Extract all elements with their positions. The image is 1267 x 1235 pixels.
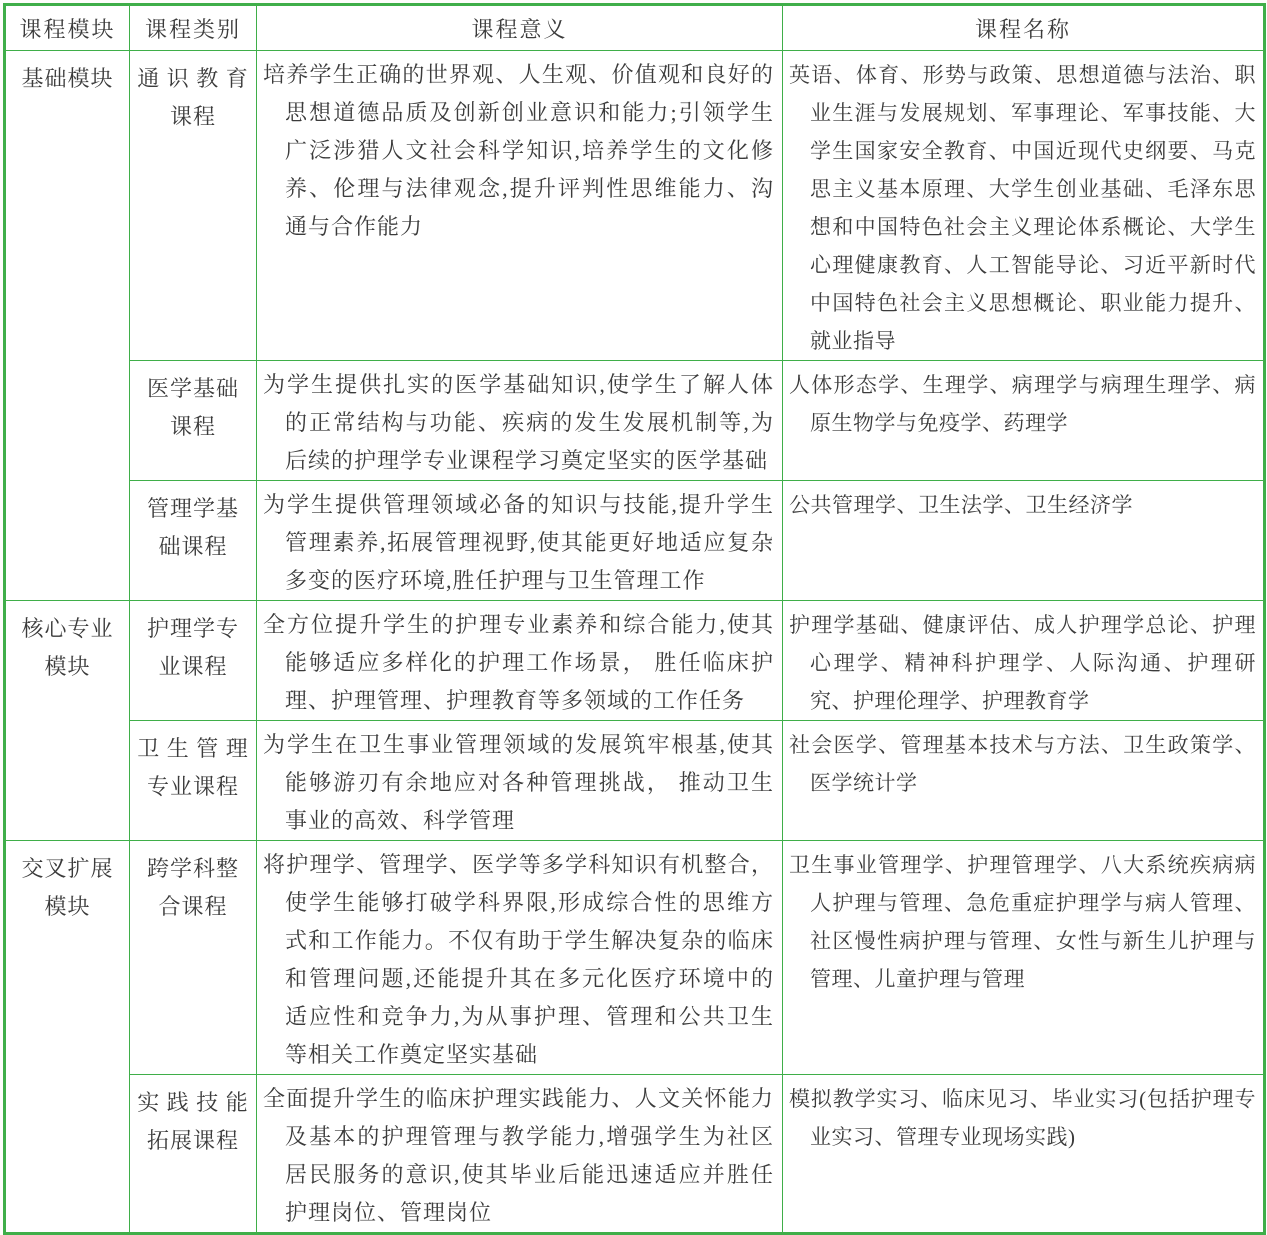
meaning-cell: 将护理学、管理学、医学等多学科知识有机整合，使学生能够打破学科界限,形成综合性的… xyxy=(257,841,783,1075)
category-name-line: 业课程 xyxy=(130,648,256,686)
module-cell-basic: 基础模块 xyxy=(5,51,130,601)
table-row: 交叉扩展 模块 跨学科整 合课程 将护理学、管理学、医学等多学科知识有机整合，使… xyxy=(5,841,1265,1075)
category-cell: 医学基础 课程 xyxy=(130,361,257,481)
category-cell: 管理学基 础课程 xyxy=(130,481,257,601)
names-text: 人体形态学、生理学、病理学与病理生理学、病原生物学与免疫学、药理学 xyxy=(783,361,1263,442)
table-row: 基础模块 通 识 教 育 课程 培养学生正确的世界观、人生观、价值观和良好的思想… xyxy=(5,51,1265,361)
meaning-cell: 为学生在卫生事业管理领域的发展筑牢根基,使其能够游刃有余地应对各种管理挑战， 推… xyxy=(257,721,783,841)
meaning-cell: 培养学生正确的世界观、人生观、价值观和良好的思想道德品质及创新创业意识和能力;引… xyxy=(257,51,783,361)
category-name-line: 卫 生 管 理 xyxy=(130,730,256,768)
meaning-text: 为学生提供管理领域必备的知识与技能,提升学生管理素养,拓展管理视野,使其能更好地… xyxy=(257,481,782,600)
module-name-line: 交叉扩展 xyxy=(6,850,129,888)
column-header-names: 课程名称 xyxy=(783,5,1265,51)
module-cell-cross: 交叉扩展 模块 xyxy=(5,841,130,1234)
category-cell: 卫 生 管 理 专业课程 xyxy=(130,721,257,841)
category-name-line: 合课程 xyxy=(130,888,256,926)
meaning-cell: 为学生提供扎实的医学基础知识,使学生了解人体的正常结构与功能、疾病的发生发展机制… xyxy=(257,361,783,481)
names-cell: 社会医学、管理基本技术与方法、卫生政策学、医学统计学 xyxy=(783,721,1265,841)
category-name-line: 护理学专 xyxy=(130,610,256,648)
names-text: 模拟教学实习、临床见习、毕业实习(包括护理专业实习、管理专业现场实践) xyxy=(783,1075,1263,1156)
module-name-line: 模块 xyxy=(6,648,129,686)
category-cell: 通 识 教 育 课程 xyxy=(130,51,257,361)
category-name-line: 拓展课程 xyxy=(130,1122,256,1160)
names-text: 公共管理学、卫生法学、卫生经济学 xyxy=(783,481,1263,524)
module-cell-core: 核心专业 模块 xyxy=(5,601,130,841)
module-name-line: 核心专业 xyxy=(6,610,129,648)
module-name-line: 模块 xyxy=(6,888,129,926)
scanned-page: 课程模块 课程类别 课程意义 课程名称 基础模块 通 识 教 育 课程 xyxy=(0,0,1267,1170)
category-cell: 实 践 技 能 拓展课程 xyxy=(130,1075,257,1234)
names-text: 社会医学、管理基本技术与方法、卫生政策学、医学统计学 xyxy=(783,721,1263,802)
category-name-line: 通 识 教 育 xyxy=(130,60,256,98)
column-header-meaning: 课程意义 xyxy=(257,5,783,51)
category-name-line: 医学基础 xyxy=(130,370,256,408)
names-text: 卫生事业管理学、护理管理学、八大系统疾病病人护理与管理、急危重症护理学与病人管理… xyxy=(783,841,1263,998)
category-name-line: 课程 xyxy=(130,408,256,446)
table-row: 医学基础 课程 为学生提供扎实的医学基础知识,使学生了解人体的正常结构与功能、疾… xyxy=(5,361,1265,481)
category-name-line: 跨学科整 xyxy=(130,850,256,888)
category-name-line: 管理学基 xyxy=(130,490,256,528)
meaning-text: 培养学生正确的世界观、人生观、价值观和良好的思想道德品质及创新创业意识和能力;引… xyxy=(257,51,782,246)
category-cell: 护理学专 业课程 xyxy=(130,601,257,721)
meaning-text: 为学生提供扎实的医学基础知识,使学生了解人体的正常结构与功能、疾病的发生发展机制… xyxy=(257,361,782,480)
category-name-line: 专业课程 xyxy=(130,768,256,806)
meaning-text: 全面提升学生的临床护理实践能力、人文关怀能力及基本的护理管理与教学能力,增强学生… xyxy=(257,1075,782,1232)
module-name: 基础模块 xyxy=(6,60,129,98)
category-cell: 跨学科整 合课程 xyxy=(130,841,257,1075)
meaning-text: 全方位提升学生的护理专业素养和综合能力,使其能够适应多样化的护理工作场景， 胜任… xyxy=(257,601,782,720)
course-structure-table: 课程模块 课程类别 课程意义 课程名称 基础模块 通 识 教 育 课程 xyxy=(3,3,1266,1235)
names-cell: 人体形态学、生理学、病理学与病理生理学、病原生物学与免疫学、药理学 xyxy=(783,361,1265,481)
table-row: 卫 生 管 理 专业课程 为学生在卫生事业管理领域的发展筑牢根基,使其能够游刃有… xyxy=(5,721,1265,841)
category-name-line: 课程 xyxy=(130,98,256,136)
column-header-module: 课程模块 xyxy=(5,5,130,51)
names-cell: 公共管理学、卫生法学、卫生经济学 xyxy=(783,481,1265,601)
table-row: 实 践 技 能 拓展课程 全面提升学生的临床护理实践能力、人文关怀能力及基本的护… xyxy=(5,1075,1265,1234)
header-row: 课程模块 课程类别 课程意义 课程名称 xyxy=(5,5,1265,51)
table-row: 管理学基 础课程 为学生提供管理领域必备的知识与技能,提升学生管理素养,拓展管理… xyxy=(5,481,1265,601)
column-header-category: 课程类别 xyxy=(130,5,257,51)
names-cell: 卫生事业管理学、护理管理学、八大系统疾病病人护理与管理、急危重症护理学与病人管理… xyxy=(783,841,1265,1075)
category-name-line: 实 践 技 能 xyxy=(130,1084,256,1122)
table-row: 核心专业 模块 护理学专 业课程 全方位提升学生的护理专业素养和综合能力,使其能… xyxy=(5,601,1265,721)
meaning-cell: 为学生提供管理领域必备的知识与技能,提升学生管理素养,拓展管理视野,使其能更好地… xyxy=(257,481,783,601)
meaning-cell: 全面提升学生的临床护理实践能力、人文关怀能力及基本的护理管理与教学能力,增强学生… xyxy=(257,1075,783,1234)
names-cell: 护理学基础、健康评估、成人护理学总论、护理心理学、精神科护理学、人际沟通、护理研… xyxy=(783,601,1265,721)
names-cell: 英语、体育、形势与政策、思想道德与法治、职业生涯与发展规划、军事理论、军事技能、… xyxy=(783,51,1265,361)
names-text: 英语、体育、形势与政策、思想道德与法治、职业生涯与发展规划、军事理论、军事技能、… xyxy=(783,51,1263,360)
names-text: 护理学基础、健康评估、成人护理学总论、护理心理学、精神科护理学、人际沟通、护理研… xyxy=(783,601,1263,720)
category-name-line: 础课程 xyxy=(130,528,256,566)
meaning-text: 为学生在卫生事业管理领域的发展筑牢根基,使其能够游刃有余地应对各种管理挑战， 推… xyxy=(257,721,782,840)
meaning-cell: 全方位提升学生的护理专业素养和综合能力,使其能够适应多样化的护理工作场景， 胜任… xyxy=(257,601,783,721)
meaning-text: 将护理学、管理学、医学等多学科知识有机整合，使学生能够打破学科界限,形成综合性的… xyxy=(257,841,782,1074)
names-cell: 模拟教学实习、临床见习、毕业实习(包括护理专业实习、管理专业现场实践) xyxy=(783,1075,1265,1234)
